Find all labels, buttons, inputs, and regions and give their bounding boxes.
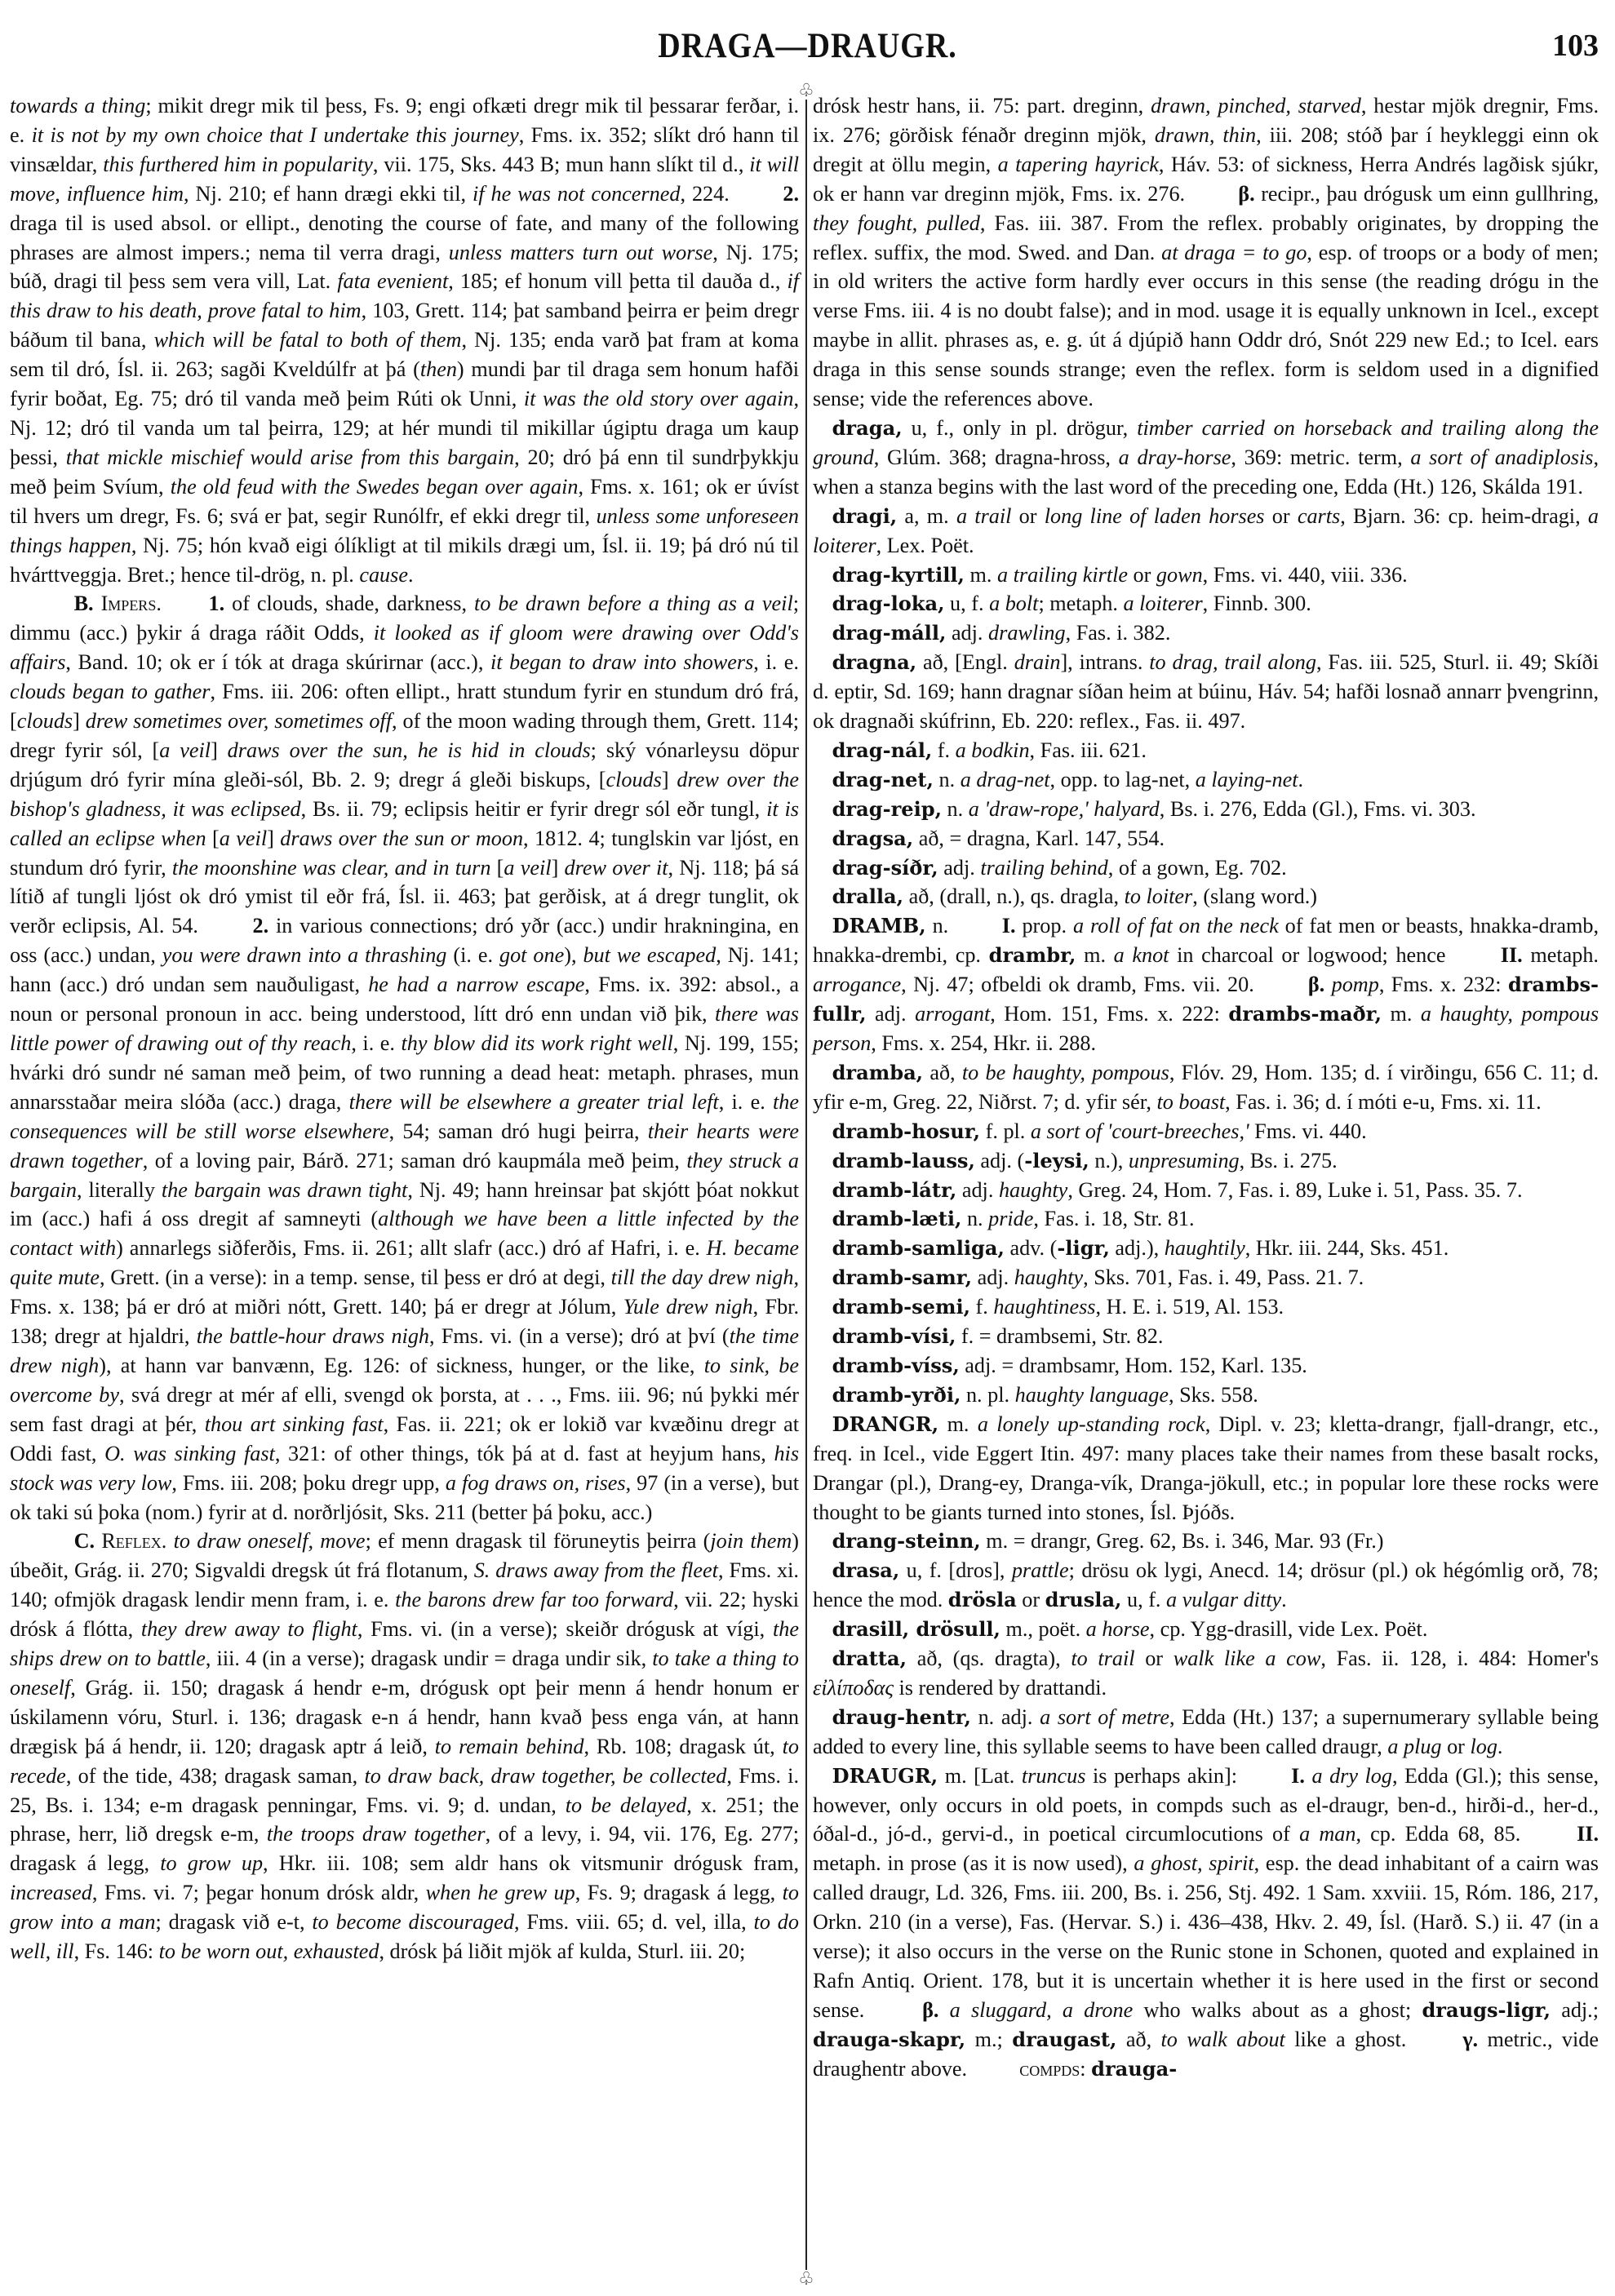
text-run: , Rb. 108; dragask út, (583, 1735, 782, 1758)
text-run: , 224. (680, 182, 735, 206)
text-run: . (1298, 768, 1304, 791)
dictionary-entry: dramb-yrði, n. pl. haughty language, Sks… (813, 1381, 1599, 1410)
text-run: II. (1577, 1822, 1599, 1846)
text-run: , Fs. 9; dragask á legg, (575, 1881, 783, 1904)
text-run: ; dragask við e-t, (155, 1910, 312, 1934)
text-run: clouds (606, 768, 661, 791)
text-run: to boast (1157, 1090, 1226, 1114)
text-run: to become discouraged (312, 1910, 514, 1934)
text-run: log (1470, 1735, 1497, 1758)
text-run: adj. (938, 856, 981, 880)
fleuron-icon: ♧ (798, 82, 814, 100)
text-run: in charcoal or logwood; hence (1169, 943, 1453, 967)
dictionary-entry: drag-kyrtill, m. a trailing kirtle or go… (813, 561, 1599, 590)
dictionary-entry: dramb-lauss, adj. (-leysi, n.), unpresum… (813, 1146, 1599, 1176)
text-run: join them (710, 1529, 792, 1553)
text-run: a veil (504, 856, 551, 880)
text-run: when he grew up (426, 1881, 575, 1904)
text-run: a trailing kirtle (997, 563, 1128, 587)
text-run: unpresuming (1129, 1149, 1240, 1172)
headword: draga, (832, 416, 903, 440)
text-run: m. (1076, 943, 1113, 967)
text-run: which will be fatal to both of them (154, 328, 462, 352)
text-run: að, (qs. dragta), (907, 1647, 1071, 1670)
text-run: they drew away to flight (141, 1617, 357, 1641)
text-run: , Fs. 146: (74, 1939, 159, 1963)
text-run: , Bs. i. 276, Edda (Gl.), Fms. vi. 303. (1160, 797, 1476, 821)
headword: dragi, (832, 504, 898, 528)
headword: drag-máll, (832, 621, 947, 645)
text-run: till the day drew nigh (611, 1265, 794, 1289)
text-run: draws over the sun or moon (280, 827, 523, 850)
headword: DRAUGR, (832, 1764, 938, 1788)
text-run: adj. (956, 1178, 999, 1202)
text-run: ) annarlegs siðferðis, Fms. ii. 261; all… (116, 1236, 707, 1260)
text-run: n. adj. (971, 1705, 1040, 1729)
text-run: , Nj. 47; ofbeldi ok dramb, Fms. vii. 20… (901, 973, 1261, 996)
text-run: f. = drambsemi, Str. 82. (956, 1324, 1163, 1348)
text-run: a veil (159, 738, 211, 762)
text-run: the moonshine was clear, and in turn (172, 856, 491, 880)
text-run: , iii. 4 (in a verse); dragask undir = d… (206, 1647, 652, 1670)
text-run: a drag-net (961, 768, 1050, 791)
text-run: drain (1014, 650, 1061, 674)
text-run: to grow up (160, 1851, 263, 1875)
dictionary-entry: dratta, að, (qs. dragta), to trail or wa… (813, 1644, 1599, 1703)
entry-paragraph: C. Reflex. to draw oneself, move; ef men… (10, 1527, 799, 1966)
text-run: the bargain was drawn tight (162, 1178, 407, 1202)
dictionary-entry: dramb-hosur, f. pl. a sort of 'court-bre… (813, 1117, 1599, 1146)
text-run: it began to draw into showers (490, 650, 753, 674)
headword: drang-steinn, (832, 1529, 981, 1553)
text-run: ; metaph. (1038, 592, 1123, 615)
headword: dralla, (832, 884, 903, 908)
text-run: , Fms. vi. (in a verse); dró at því ( (429, 1324, 730, 1348)
text-run: a roll of fat on the neck (1073, 914, 1279, 937)
text-run: að, [Engl. (916, 650, 1014, 674)
text-run: n. (942, 797, 969, 821)
text-run: a 'draw-rope,' halyard (969, 797, 1160, 821)
text-run: β. (1238, 182, 1254, 206)
text-run: like a ghost. (1285, 2028, 1416, 2051)
text-run: , cp. Ygg-drasill, vide Lex. Poët. (1150, 1617, 1428, 1641)
text-run: a bolt (989, 592, 1038, 615)
text-run: thy blow did its work right well (401, 1031, 672, 1055)
text-run: , Greg. 24, Hom. 7, Fas. i. 89, Luke i. … (1067, 1178, 1522, 1202)
text-run: að, (drall, n.), qs. dragla, (903, 884, 1125, 908)
text-run: , Fms. vi. (in a verse); skeiðr drógusk … (357, 1617, 773, 1641)
dictionary-entry: dragi, a, m. a trail or long line of lad… (813, 502, 1599, 561)
text-run: a fog draws on, rises (446, 1471, 626, 1495)
headword: DRAMB, (832, 914, 926, 937)
text-run: , Fas. i. 36; d. í móti e-u, Fms. xi. 11… (1225, 1090, 1542, 1114)
text-run: they fought, pulled (813, 211, 980, 235)
dictionary-entry: dramba, að, to be haughty, pompous, Flóv… (813, 1058, 1599, 1117)
headword: drösla (948, 1588, 1017, 1611)
text-run: a veil (220, 827, 267, 850)
text-run: , drósk þá liðit mjök af kulda, Sturl. i… (379, 1939, 745, 1963)
text-run: he had a narrow escape (368, 973, 584, 996)
text-run: then (420, 357, 457, 381)
text-run: γ. (1462, 2028, 1478, 2051)
text-run: to draw back, draw together, be collecte… (364, 1764, 726, 1788)
text-run: , opp. to lag-net, (1050, 768, 1196, 791)
text-run: , esp. of troops or a body of men; in ol… (813, 241, 1599, 411)
text-run: a sort of 'court-breeches,' (1031, 1119, 1249, 1143)
text-run: ], intrans. (1060, 650, 1149, 674)
text-run: , vii. 175, Sks. 443 B; mun hann slíkt t… (373, 153, 749, 176)
text-run: B. (74, 592, 94, 615)
text-run: compds (1019, 2057, 1080, 2081)
dictionary-entry: drasa, u, f. [dros], prattle; drösu ok l… (813, 1556, 1599, 1615)
text-run (1324, 973, 1331, 996)
text-run: m. (1382, 1002, 1421, 1026)
entry-paragraph: B. Impers.1. of clouds, shade, darkness,… (10, 589, 799, 1527)
headword: dramb-yrði, (832, 1383, 961, 1407)
text-run: or (1265, 504, 1298, 528)
headword: DRANGR, (832, 1412, 939, 1436)
text-run: pomp (1332, 973, 1379, 996)
text-run: or (1135, 1647, 1174, 1670)
text-run: u, f. (945, 592, 990, 615)
text-run: m. (938, 1412, 978, 1436)
text-run: drósk hestr hans, ii. 75: part. dreginn, (813, 94, 1151, 117)
running-head: DRAGA—DRAUGR. (0, 25, 1615, 67)
text-run: f. (932, 738, 955, 762)
text-run: metaph. in prose (as it is now used), (813, 1851, 1134, 1875)
dictionary-entry: dramb-semi, f. haughtiness, H. E. i. 519… (813, 1292, 1599, 1322)
text-run: drawn, pinched, starved (1151, 94, 1361, 117)
text-run: a sort of metre (1040, 1705, 1169, 1729)
text-run: 1. (209, 592, 225, 615)
text-run: Fms. vi. 440. (1249, 1119, 1367, 1143)
text-run: , esp. the dead inhabitant of a cairn wa… (813, 1851, 1599, 2022)
text-run: , of a loving pair, Bárð. 271; saman dró… (143, 1149, 687, 1172)
text-run: . (408, 563, 414, 587)
headword: -ligr, (1057, 1236, 1109, 1260)
dictionary-entry: dramb-læti, n. pride, Fas. i. 18, Str. 8… (813, 1204, 1599, 1234)
text-run: m., poët. (1001, 1617, 1086, 1641)
text-run: adj. (972, 1265, 1014, 1289)
text-run: β. (922, 1998, 938, 2022)
headword: dramb-hosur, (832, 1119, 981, 1143)
text-run: a knot (1114, 943, 1169, 967)
text-run: f. (970, 1295, 993, 1319)
text-run: , Sks. 701, Fas. i. 49, Pass. 21. 7. (1083, 1265, 1364, 1289)
text-run: carts (1298, 504, 1340, 528)
text-run: n. pl. (961, 1383, 1014, 1407)
text-run: a man (1299, 1822, 1355, 1846)
page-number: 103 (1552, 28, 1599, 64)
text-run: f. pl. (980, 1119, 1031, 1143)
text-run: , i. e. (719, 1090, 773, 1114)
text-run: to drag, trail along (1149, 650, 1316, 674)
text-run: C. (74, 1529, 95, 1553)
text-run: to be delayed (566, 1793, 687, 1817)
headword: drasill, drösull, (832, 1617, 1001, 1641)
dictionary-entry: drasill, drösull, m., poët. a horse, cp.… (813, 1615, 1599, 1644)
text-run: εἰλίποδας (813, 1676, 894, 1700)
text-run: a plug (1387, 1735, 1441, 1758)
dictionary-entry: dralla, að, (drall, n.), qs. dragla, to … (813, 882, 1599, 911)
text-run: haughty (999, 1178, 1067, 1202)
text-run: a sluggard, a drone (950, 1998, 1134, 2022)
text-run: adj. (867, 1002, 916, 1026)
dictionary-entry: drag-net, n. a drag-net, opp. to lag-net… (813, 765, 1599, 795)
text-run: , of the tide, 438; dragask saman, (66, 1764, 365, 1788)
page-header: DRAGA—DRAUGR. 103 (0, 28, 1615, 69)
headword: dramb-látr, (832, 1178, 957, 1202)
text-run: , Hkr. iii. 244, Sks. 451. (1245, 1236, 1449, 1260)
text-run: of clouds, shade, darkness, (224, 592, 474, 615)
dictionary-entry: dragna, að, [Engl. drain], intrans. to d… (813, 648, 1599, 736)
text-run: u, f. (1121, 1588, 1166, 1611)
text-run: n. (934, 768, 961, 791)
headword: drambs-maðr, (1228, 1002, 1382, 1026)
text-run: is rendered by drattandi. (894, 1676, 1107, 1700)
text-run: or (1017, 1588, 1045, 1611)
text-run: , 54; saman dró hugi þeirra, (389, 1119, 648, 1143)
text-run: or (1442, 1735, 1471, 1758)
entry-paragraph: drósk hestr hans, ii. 75: part. dreginn,… (813, 91, 1599, 414)
headword: drag-nál, (832, 738, 933, 762)
dictionary-entry: dramb-vísi, f. = drambsemi, Str. 82. (813, 1322, 1599, 1351)
headword: dramb-vísi, (832, 1324, 956, 1348)
dictionary-entry: dramb-samliga, adv. (-ligr, adj.), haugh… (813, 1234, 1599, 1263)
dictionary-entry: dramb-samr, adj. haughty, Sks. 701, Fas.… (813, 1263, 1599, 1292)
text-run: að, = dragna, Karl. 147, 554. (913, 827, 1165, 850)
text-run: I. (1002, 914, 1016, 937)
text-run: , Fms. viii. 65; d. vel, illa, (514, 1910, 754, 1934)
text-run: drew over it (565, 856, 668, 880)
text-run: , H. E. i. 519, Al. 153. (1096, 1295, 1284, 1319)
text-run: who walks about as a ghost; (1133, 1998, 1422, 2022)
text-run: gown (1156, 563, 1203, 587)
text-run: a, m. (897, 504, 956, 528)
text-run: að, (1116, 2028, 1160, 2051)
text-run (94, 592, 101, 615)
headword: drauga- (1091, 2057, 1177, 2081)
text-run: this furthered him in popularity (103, 153, 373, 176)
text-run: [ (206, 827, 220, 850)
dictionary-entry: drag-loka, u, f. a bolt; metaph. a loite… (813, 589, 1599, 618)
text-run: . (1497, 1735, 1503, 1758)
headword: drasa, (832, 1558, 900, 1582)
text-run: recipr., þau drógusk um einn gullhring, (1255, 182, 1599, 206)
text-run: you were drawn into a thrashing (162, 943, 447, 967)
text-run: trailing behind (980, 856, 1107, 880)
text-run: I. (1291, 1764, 1305, 1788)
text-run: n.), (1089, 1149, 1129, 1172)
text-run: draws over the sun, he is hid in clouds (228, 738, 591, 762)
headword: dragna, (832, 650, 917, 674)
text-run: , i. e. (753, 650, 799, 674)
text-run: 2. (783, 182, 799, 206)
text-run: n. (961, 1207, 988, 1230)
headword: draugs-ligr, (1422, 1998, 1551, 2022)
headword: dramb-lauss, (832, 1149, 975, 1172)
text-run: , Bjarn. 36: cp. heim-dragi, (1340, 504, 1588, 528)
text-run: , Bs. ii. 79; eclipsis heitir er fyrir d… (301, 797, 767, 821)
text-run: a bodkin (956, 738, 1030, 762)
text-run: haughty language (1015, 1383, 1169, 1407)
text-run: , Fas. i. 18, Str. 81. (1033, 1207, 1194, 1230)
text-run: , Fms. vi. 440, viii. 336. (1203, 563, 1408, 587)
text-run: m. [Lat. (938, 1764, 1022, 1788)
text-run: a lonely up-standing rock (978, 1412, 1205, 1436)
text-run: the troops draw together (267, 1822, 486, 1846)
headword: drag-síðr, (832, 856, 938, 880)
text-run: clouds (17, 709, 73, 733)
column-divider (805, 88, 807, 2275)
left-column: towards a thing; mikit dregr mik til þes… (10, 91, 799, 1966)
text-run: II. (1501, 943, 1523, 967)
text-run: (i. e. (446, 943, 499, 967)
text-run: , cp. Edda 68, 85. (1355, 1822, 1529, 1846)
text-run: m. (965, 563, 997, 587)
text-run: , Lex. Poët. (876, 534, 974, 557)
text-run: is perhaps akin]: (1085, 1764, 1244, 1788)
text-run: að, (923, 1061, 962, 1084)
dictionary-entry: drang-steinn, m. = drangr, Greg. 62, Bs.… (813, 1527, 1599, 1556)
text-run: , Fms. iii. 208; þoku dregr upp, (171, 1471, 445, 1495)
text-run: , Glúm. 368; dragna-hross, (874, 445, 1119, 469)
text-run: got one (499, 943, 564, 967)
text-run: but we escaped (583, 943, 716, 967)
text-run: adj. (946, 621, 988, 645)
dictionary-entry: dramb-víss, adj. = drambsamr, Hom. 152, … (813, 1351, 1599, 1381)
text-run: there will be elsewhere a greater trial … (349, 1090, 719, 1114)
text-run: a tapering hayrick (998, 153, 1159, 176)
headword: drag-loka, (832, 592, 945, 615)
text-run: a trail (956, 504, 1011, 528)
text-run: , Fas. iii. 621. (1030, 738, 1147, 762)
text-run: a horse (1086, 1617, 1150, 1641)
text-run: ] (662, 768, 677, 791)
text-run: , 369: metric. term, (1231, 445, 1410, 469)
text-run: , Bs. i. 275. (1240, 1149, 1338, 1172)
dictionary-entry: draug-hentr, n. adj. a sort of metre, Ed… (813, 1703, 1599, 1762)
text-run: ] (552, 856, 565, 880)
headword: dramb-samr, (832, 1265, 973, 1289)
text-run: if he was not concerned (473, 182, 680, 206)
text-run: a dray-horse (1119, 445, 1231, 469)
text-run: drawling (988, 621, 1066, 645)
text-run: [ (490, 856, 504, 880)
headword: dramb-samliga, (832, 1236, 1005, 1260)
text-run: or (1011, 504, 1044, 528)
text-run: it is not by my own choice that I undert… (32, 123, 519, 147)
text-run: ), at hann var banvænn, Eg. 126: of sick… (99, 1354, 703, 1377)
text-run: prop. (1016, 914, 1073, 937)
dictionary-entry: drag-máll, adj. drawling, Fas. i. 382. (813, 618, 1599, 648)
text-run: pride (988, 1207, 1033, 1230)
text-run: ; ef menn dragask til föruneytis þeirra … (366, 1529, 711, 1553)
text-run: at draga = to go (1161, 241, 1307, 264)
text-run: cause (359, 563, 408, 587)
text-run: to remain behind (435, 1735, 584, 1758)
dictionary-entry: dramb-látr, adj. haughty, Greg. 24, Hom.… (813, 1176, 1599, 1205)
text-run: n. (926, 914, 956, 937)
text-run: thou art sinking fast (205, 1412, 384, 1436)
text-run: haughtiness (993, 1295, 1095, 1319)
headword: dramb-læti, (832, 1207, 962, 1230)
text-run: , Fas. i. 382. (1066, 621, 1171, 645)
text-run: long line of laden horses (1045, 504, 1265, 528)
text-run: 2. (252, 914, 268, 937)
text-run: , Fas. ii. 128, i. 484: Homer's (1320, 1647, 1599, 1670)
text-run: to draw oneself, move (174, 1529, 366, 1553)
text-run: , Grett. (in a verse): in a temp. sense,… (100, 1265, 611, 1289)
text-run: to be worn out, exhausted (159, 1939, 379, 1963)
text-run: walk like a cow (1174, 1647, 1321, 1670)
text-run: to loiter (1125, 884, 1193, 908)
text-run: , literally (77, 1178, 162, 1202)
text-run: Impers. (101, 592, 162, 615)
text-run: ] (267, 827, 280, 850)
text-run: it was the old story over again (524, 387, 794, 410)
text-run (166, 1529, 173, 1553)
headword: dramb-semi, (832, 1295, 970, 1319)
text-run: , (slang word.) (1192, 884, 1317, 908)
text-run: that mickle mischief would arise from th… (66, 445, 514, 469)
text-run: arrogant (915, 1002, 990, 1026)
text-run: , Sks. 558. (1169, 1383, 1258, 1407)
text-run: the battle-hour draws nigh (197, 1324, 429, 1348)
headword: drag-reip, (832, 797, 942, 821)
dictionary-entry: drag-reip, n. a 'draw-rope,' halyard, Bs… (813, 795, 1599, 824)
text-run: or (1128, 563, 1156, 587)
text-run: , Nj. 210; ef hann drægi ekki til, (184, 182, 473, 206)
headword: drusla, (1045, 1588, 1122, 1611)
text-run: truncus (1022, 1764, 1086, 1788)
dictionary-entry: DRANGR, m. a lonely up-standing rock, Di… (813, 1410, 1599, 1527)
dictionary-entry: DRAMB, n. I. prop. a roll of fat on the … (813, 911, 1599, 1058)
text-run: the barons drew far too forward (395, 1588, 673, 1611)
text-run: to trail (1071, 1647, 1134, 1670)
text-run: adv. ( (1005, 1236, 1057, 1260)
text-run: to be drawn before a thing as a veil (474, 592, 793, 615)
headword: draug-hentr, (832, 1705, 971, 1729)
text-run: the old feud with the Swedes began over … (171, 475, 579, 499)
text-run: adj. = drambsamr, Hom. 152, Karl. 135. (960, 1354, 1307, 1377)
text-run: towards a thing (10, 94, 145, 117)
text-run: to be haughty, pompous (962, 1061, 1169, 1084)
dictionary-entry: draga, u, f., only in pl. drögur, timber… (813, 414, 1599, 502)
headword: dragsa, (832, 827, 914, 850)
text-run: β. (1308, 973, 1324, 996)
text-run: , 321: of other things, tók þá at d. fas… (275, 1442, 774, 1465)
headword: dratta, (832, 1647, 907, 1670)
right-column: drósk hestr hans, ii. 75: part. dreginn,… (813, 91, 1599, 2084)
text-run: unless matters turn out worse (449, 241, 713, 264)
text-run: , Fms. x. 254, Hkr. ii. 288. (871, 1031, 1096, 1055)
text-run: fata evenient (337, 269, 448, 293)
text-run: clouds began to gather (10, 680, 210, 703)
text-run: a vulgar ditty (1166, 1588, 1281, 1611)
text-run: , of a gown, Eg. 702. (1108, 856, 1287, 880)
text-run: O. was sinking fast (104, 1442, 275, 1465)
text-run: . (1281, 1588, 1287, 1611)
entry-paragraph: towards a thing; mikit dregr mik til þes… (10, 91, 799, 589)
text-run: , Finnb. 300. (1203, 592, 1311, 615)
text-run: : (1080, 2057, 1091, 2081)
text-run: haughtily (1165, 1236, 1245, 1260)
dictionary-entry: dragsa, að, = dragna, Karl. 147, 554. (813, 824, 1599, 853)
text-run: Yule drew nigh (623, 1295, 753, 1319)
text-run: increased (10, 1881, 92, 1904)
fleuron-icon: ♧ (798, 2270, 814, 2288)
